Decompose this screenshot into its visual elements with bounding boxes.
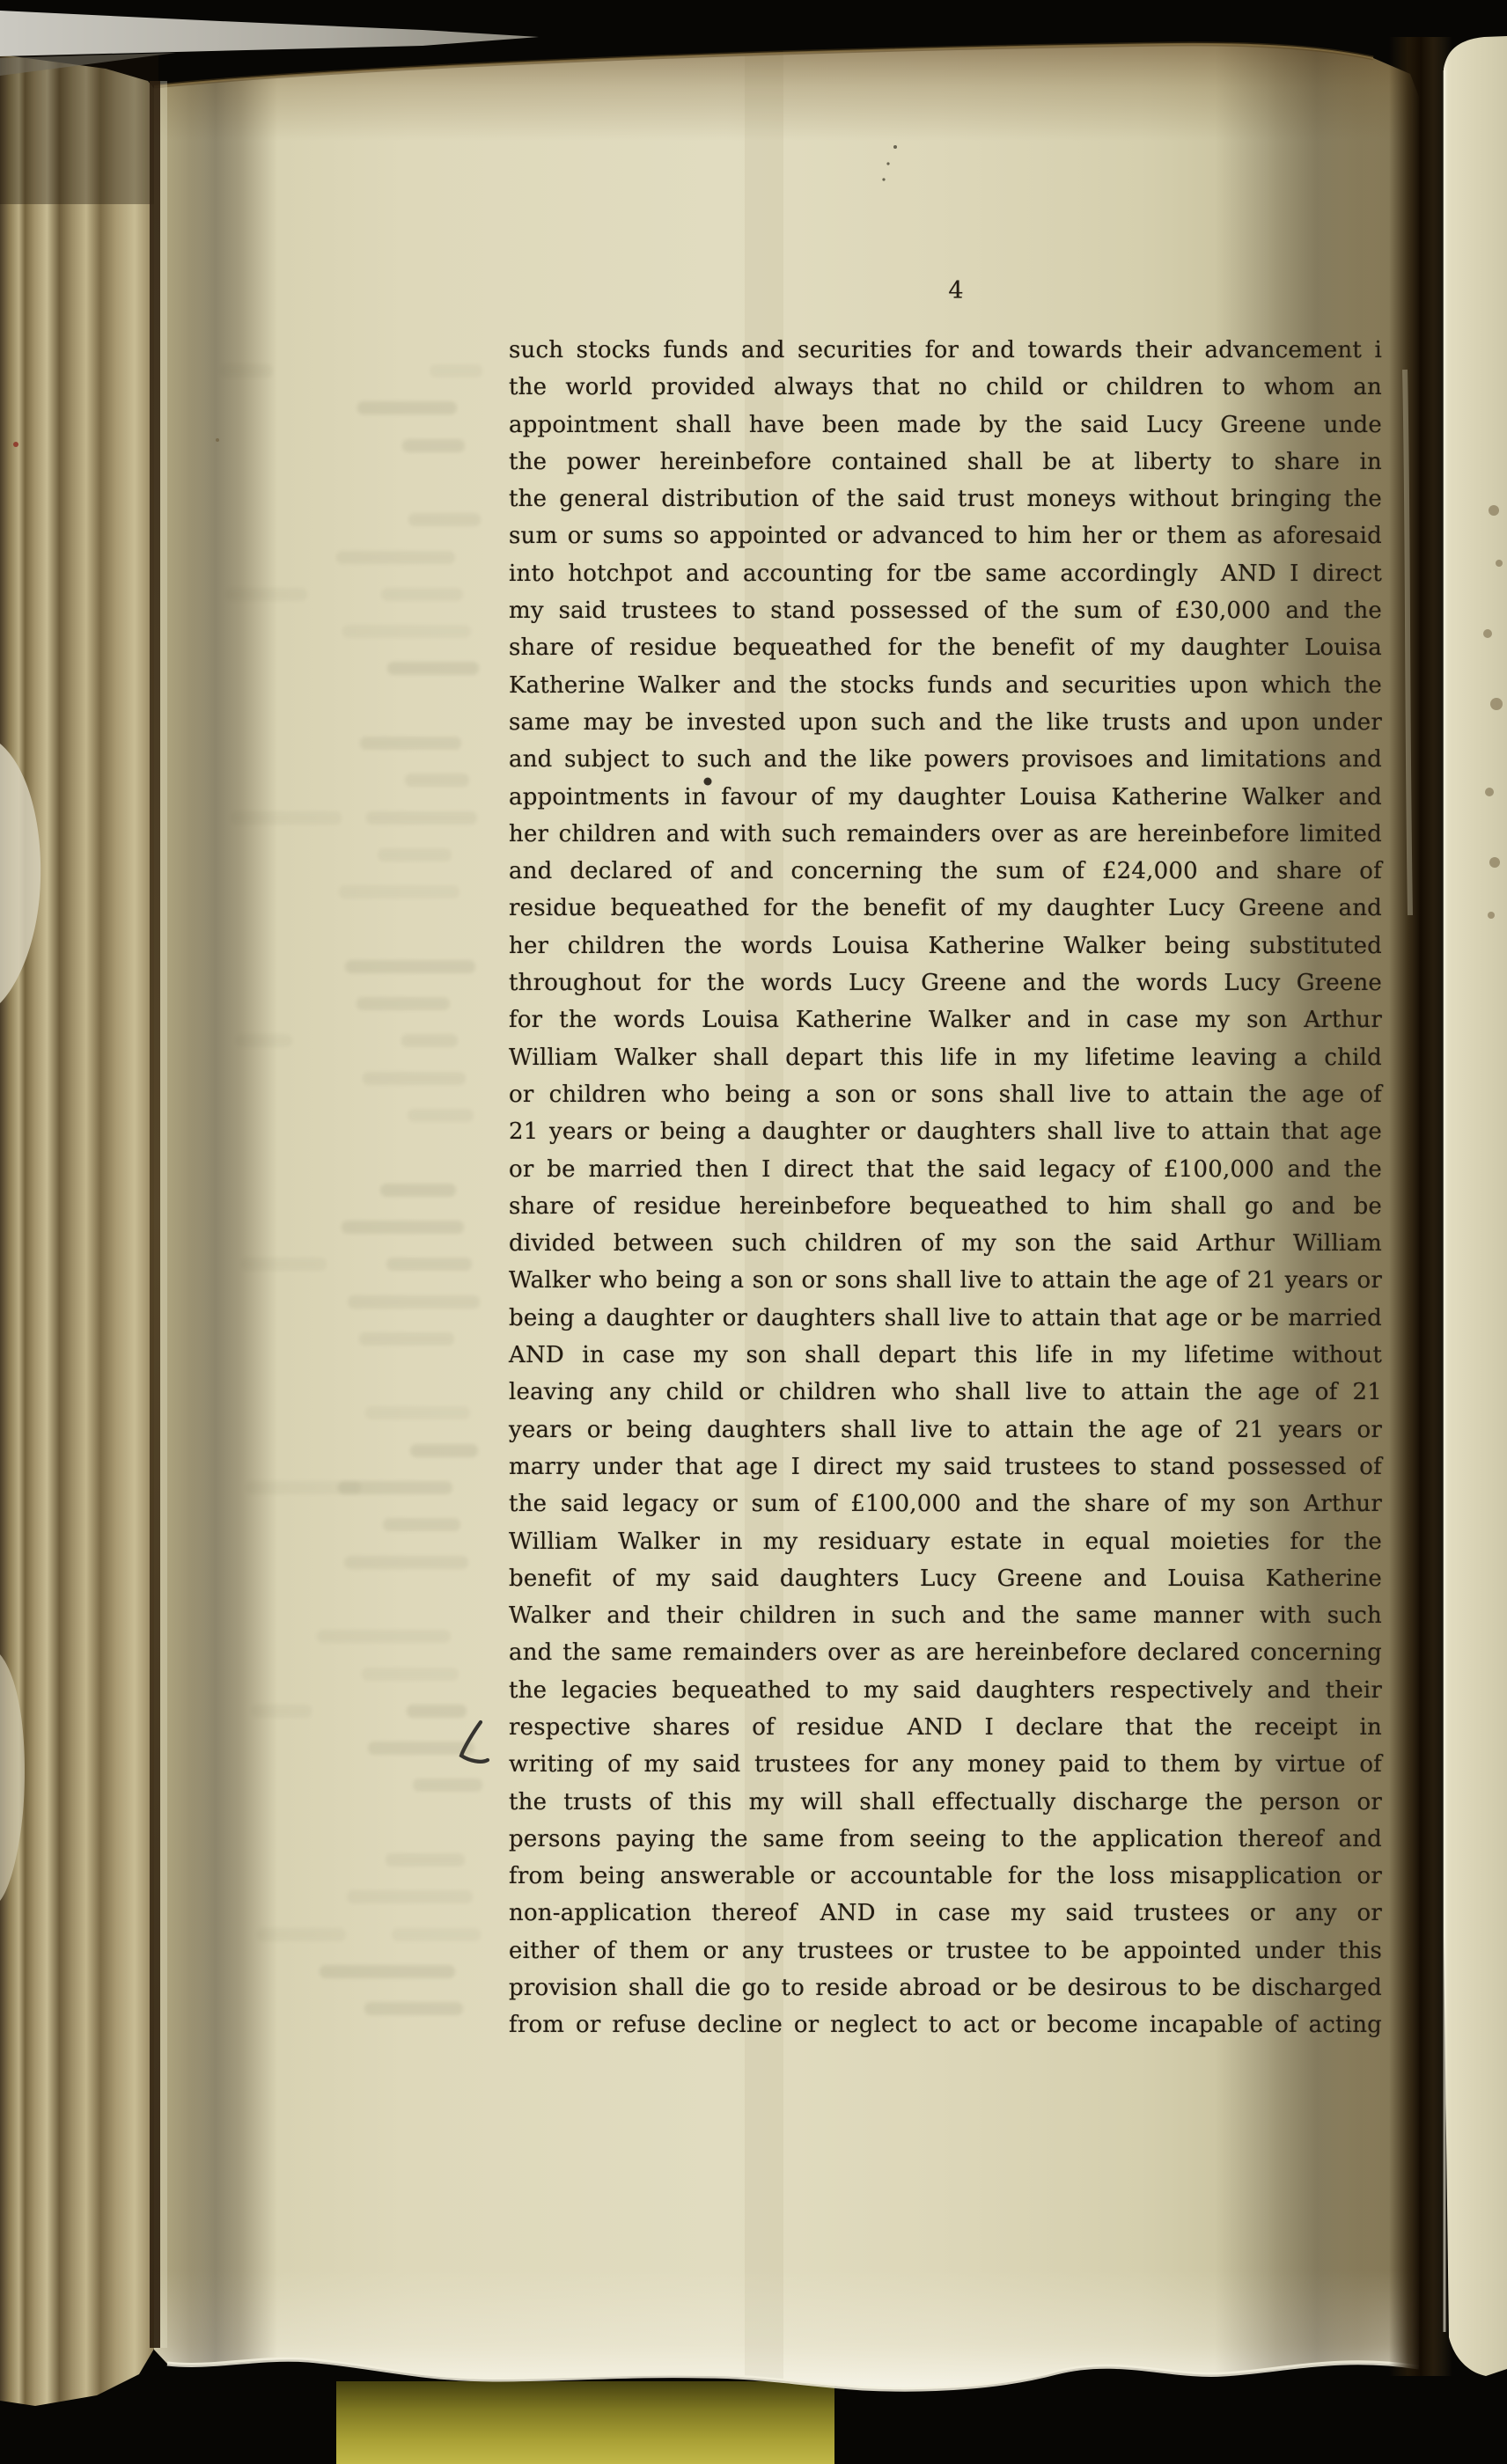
bleedthrough-smudge: [252, 1705, 312, 1718]
bleedthrough-smudge: [381, 588, 463, 601]
text-line: writing of my said trustees for any mone…: [509, 1746, 1382, 1783]
text-line: marry under that age I direct my said tr…: [509, 1448, 1382, 1485]
bleedthrough-smudge: [378, 848, 452, 862]
bleedthrough-smudge: [383, 1518, 460, 1531]
text-line: or be married then I direct that the sai…: [509, 1151, 1382, 1188]
text-line: the said legacy or sum of £100,000 and t…: [509, 1485, 1382, 1522]
bleedthrough-smudge: [257, 1928, 346, 1941]
binding-crease: [150, 81, 160, 2348]
bleedthrough-smudge: [408, 1109, 474, 1122]
text-line: either of them or any trustees or truste…: [509, 1932, 1382, 1969]
bleedthrough-smudge: [392, 1928, 481, 1941]
text-line: William Walker in my residuary estate in…: [509, 1523, 1382, 1560]
text-line: William Walker shall depart this life in…: [509, 1039, 1382, 1076]
bleedthrough-smudge: [336, 551, 455, 564]
bleedthrough-smudge: [347, 1890, 473, 1903]
bleedthrough-smudge: [339, 885, 459, 898]
text-line: her children and with such remainders ov…: [509, 816, 1382, 853]
bleedthrough-smudge: [342, 625, 471, 638]
text-line: benefit of my said daughters Lucy Greene…: [509, 1560, 1382, 1597]
bleedthrough-smudge: [344, 1556, 468, 1569]
text-line: years or being daughters shall live to a…: [509, 1412, 1382, 1448]
text-line: for the words Louisa Katherine Walker an…: [509, 1001, 1382, 1038]
bleedthrough-smudge: [246, 1481, 361, 1494]
text-line: share of residue hereinbefore bequeathed…: [509, 1188, 1382, 1225]
text-line: from or refuse decline or neglect to act…: [509, 2006, 1382, 2043]
bleedthrough-smudge: [345, 960, 475, 973]
bleedthrough-smudge: [363, 1072, 466, 1085]
bleedthrough-smudge: [365, 1406, 470, 1419]
text-line: residue bequeathed for the benefit of my…: [509, 890, 1382, 927]
text-line: Katherine Walker and the stocks funds an…: [509, 667, 1382, 704]
scanned-book-page-photo: 4 such stocks funds and securities for a…: [0, 0, 1507, 2464]
left-page-edges: [0, 55, 157, 2406]
bleedthrough-smudge: [407, 1705, 467, 1718]
text-line: leaving any child or children who shall …: [509, 1374, 1382, 1411]
text-line: from being answerable or accountable for…: [509, 1858, 1382, 1895]
bleedthrough-smudge: [380, 1184, 456, 1197]
bleedthrough-smudge: [359, 1332, 454, 1346]
bleedthrough-smudge: [320, 1965, 455, 1978]
bleedthrough-smudge: [413, 1778, 482, 1792]
bleedthrough-smudge: [364, 2002, 463, 2015]
bleedthrough-smudge: [220, 364, 273, 378]
bleedthrough-smudge: [401, 1034, 458, 1047]
bleedthrough-smudge: [362, 1668, 459, 1681]
text-line: appointments in favour of my daughter Lo…: [509, 779, 1382, 816]
bleedthrough-smudge: [386, 1258, 472, 1271]
text-line: Walker who being a son or sons shall liv…: [509, 1262, 1382, 1299]
text-line: share of residue bequeathed for the bene…: [509, 629, 1382, 666]
text-line: 21 years or being a daughter or daughter…: [509, 1113, 1382, 1150]
bleedthrough-smudge: [241, 1258, 327, 1271]
bleedthrough-smudge: [387, 662, 479, 675]
text-line: the general distribution of the said tru…: [509, 480, 1382, 517]
text-line: the world provided always that no child …: [509, 369, 1382, 406]
text-line: the trusts of this my will shall effectu…: [509, 1784, 1382, 1821]
gutter-shadow: [1389, 37, 1452, 2376]
text-line: non-application thereof AND in case my s…: [509, 1895, 1382, 1932]
crease-highlight: [160, 81, 167, 2348]
bleedthrough-smudge: [317, 1630, 451, 1643]
bleedthrough-smudge: [357, 997, 450, 1010]
text-line: into hotchpot and accounting for tbe sam…: [509, 555, 1382, 592]
bleedthrough-smudge: [360, 737, 461, 750]
text-line: being a daughter or daughters shall live…: [509, 1300, 1382, 1337]
text-line: the legacies bequeathed to my said daugh…: [509, 1672, 1382, 1709]
bleedthrough-smudge: [357, 401, 457, 414]
body-text: such stocks funds and securities for and…: [509, 332, 1382, 2044]
bleedthrough-smudge: [402, 439, 465, 452]
text-line: and subject to such and the like powers …: [509, 741, 1382, 778]
text-line: Walker and their children in such and th…: [509, 1597, 1382, 1634]
text-line: sum or sums so appointed or advanced to …: [509, 517, 1382, 554]
bleedthrough-smudge: [405, 774, 469, 787]
bleedthrough-smudge: [430, 364, 482, 378]
bleedthrough-smudge: [236, 1034, 292, 1047]
text-line: my said trustees to stand possessed of t…: [509, 592, 1382, 629]
red-speck: [13, 442, 18, 447]
bleedthrough-smudge: [348, 1295, 480, 1309]
text-line: and declared of and concerning the sum o…: [509, 853, 1382, 890]
bleedthrough-smudge: [408, 513, 481, 526]
text-line: such stocks funds and securities for and…: [509, 332, 1382, 369]
text-line: or children who being a son or sons shal…: [509, 1076, 1382, 1113]
next-page-sliver: [1444, 36, 1507, 2376]
text-line: and the same remainders over as are here…: [509, 1634, 1382, 1671]
text-line: provision shall die go to reside abroad …: [509, 1969, 1382, 2006]
text-line: her children the words Louisa Katherine …: [509, 928, 1382, 964]
bleedthrough-smudge: [342, 1221, 464, 1234]
bleedthrough-smudge: [366, 811, 477, 825]
bleedthrough-smudge: [231, 811, 342, 825]
page-number: 4: [930, 273, 982, 310]
bleedthrough-smudge: [225, 588, 307, 601]
bleedthrough-smudge: [386, 1853, 465, 1866]
text-line: respective shares of residue AND I decla…: [509, 1709, 1382, 1746]
text-line: AND in case my son shall depart this lif…: [509, 1337, 1382, 1374]
text-line: divided between such children of my son …: [509, 1225, 1382, 1262]
text-line: persons paying the same from seeing to t…: [509, 1821, 1382, 1858]
bleedthrough-smudge: [368, 1742, 474, 1755]
text-line: appointment shall have been made by the …: [509, 407, 1382, 444]
bottom-bookmark: [336, 2381, 834, 2464]
bleedthrough-smudge: [410, 1444, 478, 1457]
text-line: the power hereinbefore contained shall b…: [509, 444, 1382, 480]
left-edges-top-shadow: [0, 55, 158, 204]
text-line: same may be invested upon such and the l…: [509, 704, 1382, 741]
cover-edge-wedge: [0, 11, 539, 56]
text-line: throughout for the words Lucy Greene and…: [509, 964, 1382, 1001]
